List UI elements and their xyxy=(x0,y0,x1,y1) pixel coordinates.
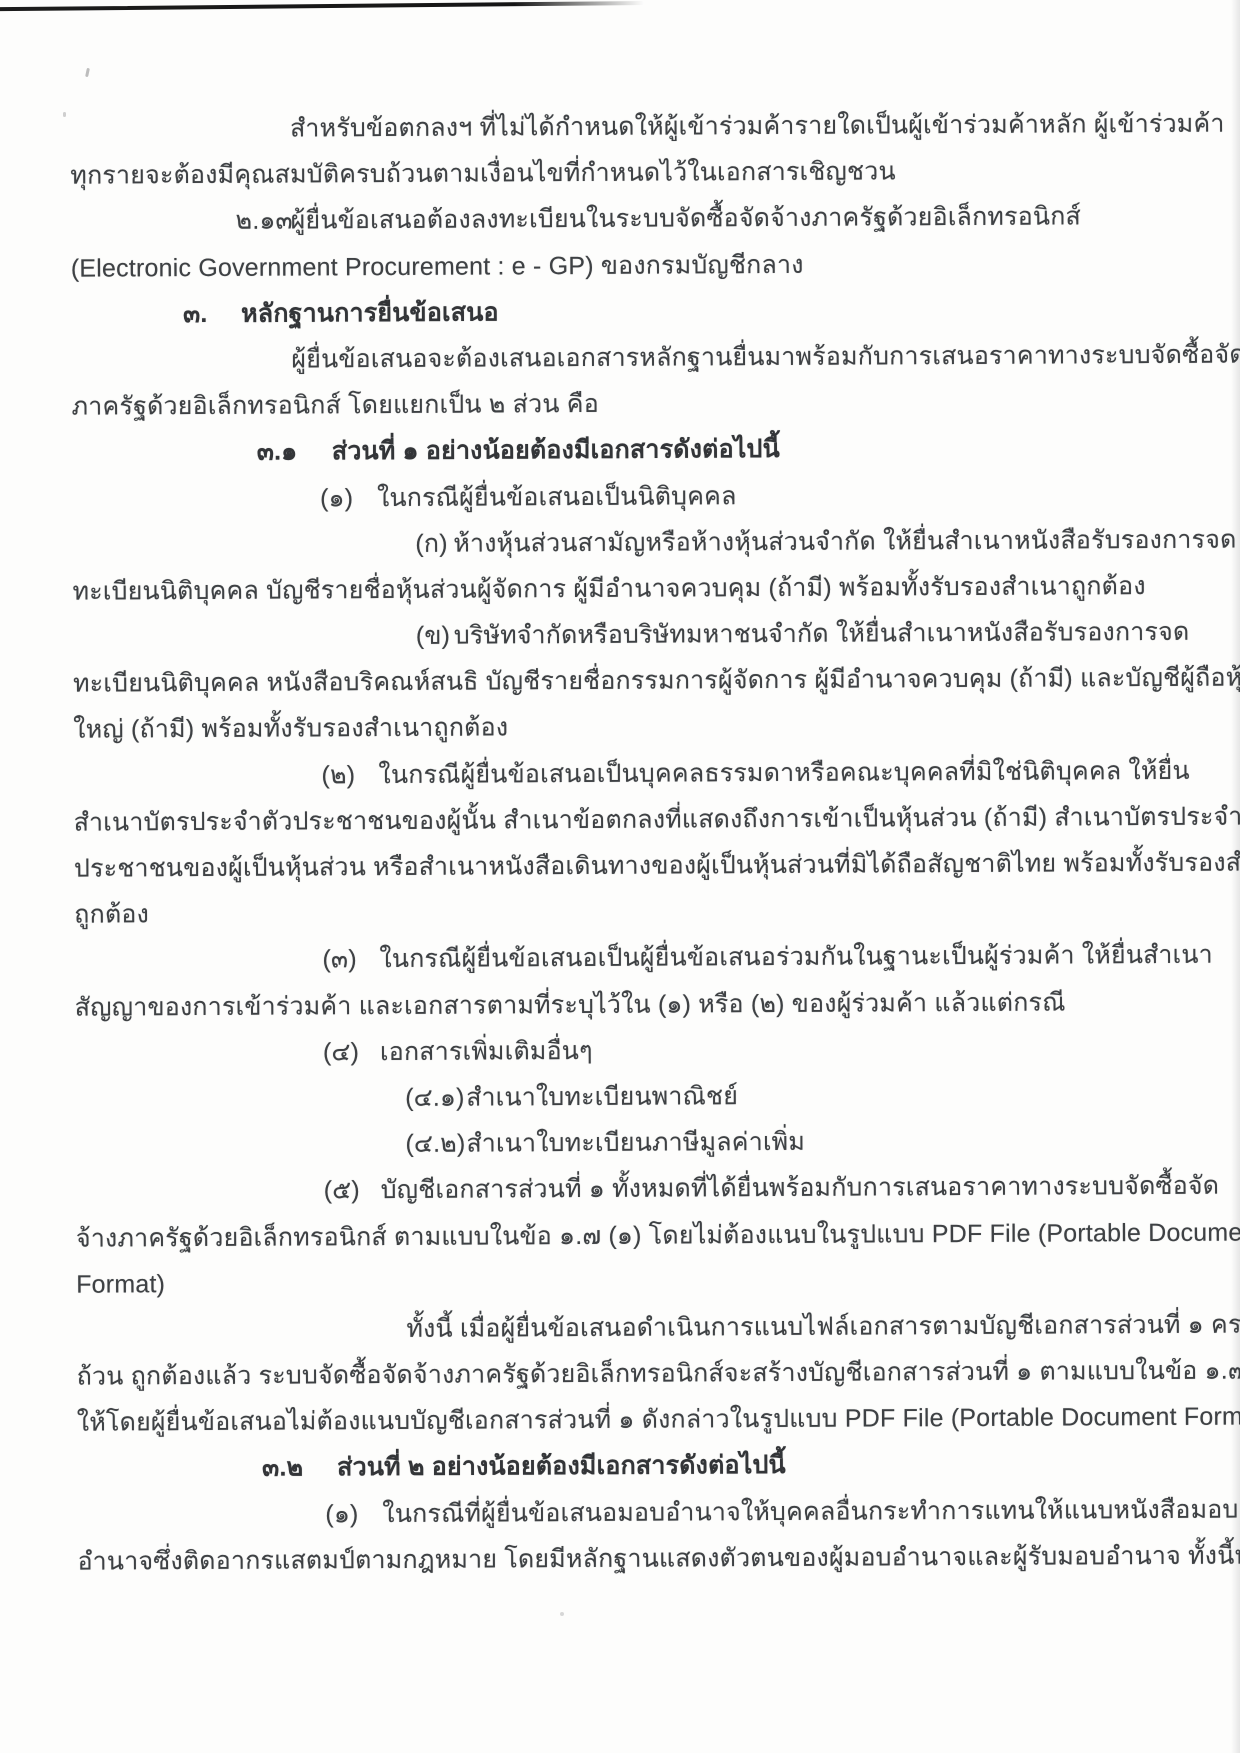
doc-line: ใหญ่ (ถ้ามี) พร้อมทั้งรับรองสำเนาถูกต้อง xyxy=(73,701,1171,753)
clause-number: (ข) xyxy=(416,613,454,659)
clause-number: (๓) xyxy=(322,936,379,983)
scan-artifact-top-line xyxy=(0,1,644,11)
clause-number: (๕) xyxy=(324,1167,381,1214)
doc-line: ให้โดยผู้ยื่นข้อเสนอไม่ต้องแนบบัญชีเอกสา… xyxy=(77,1394,1175,1446)
doc-line: ทั้งนี้ เมื่อผู้ยื่นข้อเสนอดำเนินการแนบไ… xyxy=(406,1302,1174,1352)
doc-line: (Electronic Government Procurement : e -… xyxy=(71,239,1169,291)
line-text: สำเนาบัตรประจำตัวประชาชนของผู้นั้น สำเนา… xyxy=(74,802,1240,836)
doc-line: สำเนาบัตรประจำตัวประชาชนของผู้นั้น สำเนา… xyxy=(74,794,1172,846)
line-text: ในกรณีผู้ยื่นข้อเสนอเป็นบุคคลธรรมดาหรือค… xyxy=(378,756,1189,788)
line-text: ให้โดยผู้ยื่นข้อเสนอไม่ต้องแนบบัญชีเอกสา… xyxy=(77,1403,1240,1437)
line-text: ถูกต้อง xyxy=(74,900,149,928)
item-4-line: (๔)เอกสารเพิ่มเติมอื่นๆ xyxy=(323,1025,1173,1076)
item-4-2-line: (๔.๒)สำเนาใบทะเบียนภาษีมูลค่าเพิ่ม xyxy=(405,1117,1173,1167)
clause-number: (๔) xyxy=(323,1029,380,1076)
doc-line: ทะเบียนนิติบุคคล บัญชีรายชื่อหุ้นส่วนผู้… xyxy=(72,563,1170,615)
line-text: ทั้งนี้ เมื่อผู้ยื่นข้อเสนอดำเนินการแนบไ… xyxy=(406,1310,1240,1342)
line-text: สำหรับข้อตกลงฯ ที่ไม่ได้กำหนดให้ผู้เข้าร… xyxy=(290,110,1225,143)
line-text: สำเนาใบทะเบียนภาษีมูลค่าเพิ่ม xyxy=(466,1128,805,1158)
line-text: ในกรณีที่ผู้ยื่นข้อเสนอมอบอำนาจให้บุคคลอ… xyxy=(382,1495,1238,1527)
clause-number: (๔.๒) xyxy=(405,1121,466,1168)
line-text: สัญญาของการเข้าร่วมค้า และเอกสารตามที่ระ… xyxy=(75,988,1066,1021)
clause-number: (๒) xyxy=(321,752,378,799)
item-2-line: (๒)ในกรณีผู้ยื่นข้อเสนอเป็นบุคคลธรรมดาหร… xyxy=(321,748,1171,799)
clause-number: (๑) xyxy=(320,475,377,522)
doc-line: สำหรับข้อตกลงฯ ที่ไม่ได้กำหนดให้ผู้เข้าร… xyxy=(290,101,1168,152)
scan-speck xyxy=(560,1612,564,1616)
section-3-1-heading: ๓.๑ส่วนที่ ๑ อย่างน้อยต้องมีเอกสารดังต่อ… xyxy=(257,424,1170,475)
clause-number: (๑) xyxy=(325,1491,382,1538)
doc-line: ทะเบียนนิติบุคคล หนังสือบริคณห์สนธิ บัญช… xyxy=(73,655,1171,707)
item-1-line: (๑)ในกรณีผู้ยื่นข้อเสนอเป็นนิติบุคคล xyxy=(320,470,1170,521)
line-text: บริษัทจำกัดหรือบริษัทมหาชนจำกัด ให้ยื่นส… xyxy=(454,618,1190,650)
line-text: ประชาชนของผู้เป็นหุ้นส่วน หรือสำเนาหนังส… xyxy=(74,848,1240,882)
line-text: ทุกรายจะต้องมีคุณสมบัติครบถ้วนตามเงื่อนไ… xyxy=(70,158,895,190)
doc-line: ทุกรายจะต้องมีคุณสมบัติครบถ้วนตามเงื่อนไ… xyxy=(70,147,1168,199)
line-text: (Electronic Government Procurement : e -… xyxy=(71,250,804,282)
doc-line: ถ้วน ถูกต้องแล้ว ระบบจัดซื้อจัดจ้างภาครั… xyxy=(77,1348,1175,1400)
item-3-line: (๓)ในกรณีผู้ยื่นข้อเสนอเป็นผู้ยื่นข้อเสน… xyxy=(322,932,1172,983)
line-text: หลักฐานการยื่นข้อเสนอ xyxy=(241,298,499,327)
scan-speck xyxy=(85,68,90,77)
line-text: อำนาจซึ่งติดอากรแสตมป์ตามกฎหมาย โดยมีหลั… xyxy=(78,1541,1240,1575)
line-text: สำเนาใบทะเบียนพาณิชย์ xyxy=(466,1082,738,1111)
clause-number: (ก) xyxy=(415,520,453,566)
line-text: ภาครัฐด้วยอิเล็กทรอนิกส์ โดยแยกเป็น ๒ ส่… xyxy=(72,390,599,421)
line-text: Format) xyxy=(76,1270,165,1298)
item-4-1-line: (๔.๑)สำเนาใบทะเบียนพาณิชย์ xyxy=(405,1071,1173,1121)
line-text: ห้างหุ้นส่วนสามัญหรือห้างหุ้นส่วนจำกัด ใ… xyxy=(453,525,1236,557)
clause-number: ๓. xyxy=(183,291,241,338)
section-3-2-heading: ๓.๒ส่วนที่ ๒ อย่างน้อยต้องมีเอกสารดังต่อ… xyxy=(262,1440,1175,1491)
line-text: ส่วนที่ ๑ อย่างน้อยต้องมีเอกสารดังต่อไปน… xyxy=(332,435,780,465)
item-1-line: (๑)ในกรณีที่ผู้ยื่นข้อเสนอมอบอำนาจให้บุค… xyxy=(325,1487,1175,1538)
scanned-document-page: สำหรับข้อตกลงฯ ที่ไม่ได้กำหนดให้ผู้เข้าร… xyxy=(0,0,1240,1753)
section-3-heading: ๓.หลักฐานการยื่นข้อเสนอ xyxy=(183,286,1169,337)
doc-line: ผู้ยื่นข้อเสนอจะต้องเสนอเอกสารหลักฐานยื่… xyxy=(291,332,1169,383)
document-text-block: สำหรับข้อตกลงฯ ที่ไม่ได้กำหนดให้ผู้เข้าร… xyxy=(70,101,1176,1585)
clause-2-13-line: ๒.๑๓ผู้ยื่นข้อเสนอต้องลงทะเบียนในระบบจัด… xyxy=(235,193,1168,244)
clause-number: ๓.๒ xyxy=(262,1445,337,1492)
item-ka-line: (ก)ห้างหุ้นส่วนสามัญหรือห้างหุ้นส่วนจำกั… xyxy=(415,517,1170,567)
line-text: ในกรณีผู้ยื่นข้อเสนอเป็นนิติบุคคล xyxy=(377,482,737,512)
line-text: ทะเบียนนิติบุคคล บัญชีรายชื่อหุ้นส่วนผู้… xyxy=(72,572,1145,606)
clause-number: (๔.๑) xyxy=(405,1075,466,1122)
doc-line: ประชาชนของผู้เป็นหุ้นส่วน หรือสำเนาหนังส… xyxy=(74,840,1172,892)
scan-speck xyxy=(63,112,66,117)
line-text: ถ้วน ถูกต้องแล้ว ระบบจัดซื้อจัดจ้างภาครั… xyxy=(77,1356,1240,1390)
line-text: ใหญ่ (ถ้ามี) พร้อมทั้งรับรองสำเนาถูกต้อง xyxy=(73,714,508,744)
line-text: ทะเบียนนิติบุคคล หนังสือบริคณห์สนธิ บัญช… xyxy=(73,663,1240,697)
doc-line: อำนาจซึ่งติดอากรแสตมป์ตามกฎหมาย โดยมีหลั… xyxy=(78,1533,1176,1585)
clause-number: ๓.๑ xyxy=(257,429,332,476)
line-text: จ้างภาครัฐด้วยอิเล็กทรอนิกส์ ตามแบบในข้อ… xyxy=(76,1218,1240,1252)
doc-line: ถูกต้อง xyxy=(74,886,1172,938)
line-text: ในกรณีผู้ยื่นข้อเสนอเป็นผู้ยื่นข้อเสนอร่… xyxy=(379,941,1213,973)
line-text: เอกสารเพิ่มเติมอื่นๆ xyxy=(380,1037,593,1066)
doc-line: จ้างภาครัฐด้วยอิเล็กทรอนิกส์ ตามแบบในข้อ… xyxy=(76,1209,1174,1261)
doc-line: สัญญาของการเข้าร่วมค้า และเอกสารตามที่ระ… xyxy=(75,978,1173,1030)
line-text: บัญชีเอกสารส่วนที่ ๑ ทั้งหมดที่ได้ยื่นพร… xyxy=(381,1172,1220,1204)
clause-number: ๒.๑๓ xyxy=(235,198,290,244)
line-text: ส่วนที่ ๒ อย่างน้อยต้องมีเอกสารดังต่อไปน… xyxy=(337,1451,786,1481)
item-kho-line: (ข)บริษัทจำกัดหรือบริษัทมหาชนจำกัด ให้ยื… xyxy=(416,609,1171,659)
line-text: ผู้ยื่นข้อเสนอจะต้องเสนอเอกสารหลักฐานยื่… xyxy=(291,340,1240,373)
item-5-line: (๕)บัญชีเอกสารส่วนที่ ๑ ทั้งหมดที่ได้ยื่… xyxy=(324,1163,1174,1214)
doc-line: ภาครัฐด้วยอิเล็กทรอนิกส์ โดยแยกเป็น ๒ ส่… xyxy=(71,378,1169,430)
doc-line: Format) xyxy=(76,1256,1174,1308)
line-text: ผู้ยื่นข้อเสนอต้องลงทะเบียนในระบบจัดซื้อ… xyxy=(291,203,1082,235)
